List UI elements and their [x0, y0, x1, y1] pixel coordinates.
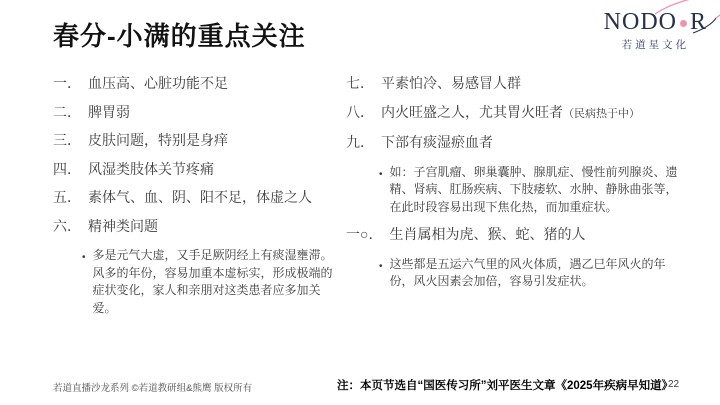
item-text: 下部有痰湿瘀血者 [381, 134, 493, 150]
list-item-5: 五．素体气、血、阴、阳不足，体虚之人 [53, 190, 345, 205]
list-item-10: 一○．生肖属相为虎、猴、蛇、猪的人 [346, 227, 708, 242]
slide: 春分-小满的重点关注 NODO R 若道星文化 一．血压高、心脏功能不足 二．脾… [0, 0, 720, 405]
item-number: 一． [53, 75, 81, 91]
item-text: 生肖属相为虎、猴、蛇、猪的人 [389, 226, 585, 242]
source-note: 注：本页节选自“国医传习所”刘平医生文章《2025年疾病早知道》 [337, 377, 673, 393]
item-number: 二． [53, 104, 81, 120]
item-text: 皮肤问题，特别是身痒 [88, 132, 228, 148]
list-item-8: 八．内火旺盛之人，尤其胃火旺者（民病热于中） [346, 105, 708, 122]
item-number: 一○． [346, 226, 382, 242]
logo-subtitle: 若道星文化 [604, 37, 707, 52]
item-text: 素体气、血、阴、阳不足，体虚之人 [88, 189, 312, 205]
sub-bullet-text: 多是元气大虚，又手足厥阴经上有痰湿壅滞。风多的年份，容易加重本虚标实，形成极端的… [93, 247, 343, 317]
item-number: 九． [346, 134, 374, 150]
left-column: 一．血压高、心脏功能不足 二．脾胃弱 三．皮肤问题，特别是身痒 四．风湿类肢体关… [53, 76, 345, 328]
list-item-3: 三．皮肤问题，特别是身痒 [53, 133, 345, 148]
list-item-6: 六．精神类问题 [53, 219, 345, 234]
logo-wordmark-right: R [690, 10, 707, 34]
item-note: （民病热于中） [563, 108, 640, 120]
page-title: 春分-小满的重点关注 [53, 16, 306, 53]
item-number: 五． [53, 189, 81, 205]
list-item-2: 二．脾胃弱 [53, 105, 345, 120]
bullet-icon: • [379, 166, 383, 217]
bullet-icon: • [379, 258, 383, 291]
copyright-text: 若道直播沙龙系列 ©若道教研组&熊鹰 版权所有 [53, 380, 252, 394]
item-number: 四． [53, 161, 81, 177]
item-text: 精神类问题 [88, 218, 158, 234]
logo-wordmark-left: NODO [604, 10, 677, 34]
item-text: 脾胃弱 [88, 104, 130, 120]
right-column: 七．平素怕冷、易感冒人群 八．内火旺盛之人，尤其胃火旺者（民病热于中） 九．下部… [346, 76, 708, 302]
page-number: 22 [668, 379, 679, 390]
logo-wordmark: NODO R [604, 10, 707, 34]
item-text: 血压高、心脏功能不足 [88, 75, 228, 91]
list-item-7: 七．平素怕冷、易感冒人群 [346, 76, 708, 91]
sub-bullet-text: 这些都是五运六气里的风火体质，遇乙巳年风火的年份，风火因素会加倍，容易引发症状。 [390, 256, 682, 291]
item-number: 六． [53, 218, 81, 234]
item-number: 七． [346, 75, 374, 91]
bullet-icon: • [82, 249, 86, 317]
list-item-1: 一．血压高、心脏功能不足 [53, 76, 345, 91]
sub-bullet-item-6: • 多是元气大虚，又手足厥阴经上有痰湿壅滞。风多的年份，容易加重本虚标实，形成极… [82, 247, 345, 317]
item-text: 平素怕冷、易感冒人群 [381, 75, 521, 91]
list-item-4: 四．风湿类肢体关节疼痛 [53, 162, 345, 177]
logo-planet-dot-icon [680, 20, 687, 27]
item-number: 三． [53, 132, 81, 148]
sub-bullet-item-10: • 这些都是五运六气里的风火体质，遇乙巳年风火的年份，风火因素会加倍，容易引发症… [379, 256, 708, 291]
sub-bullet-text: 如：子宫肌瘤、卵巢囊肿、腺肌症、慢性前列腺炎、遗精、肾病、肛肠疾病、下肢痿软、水… [390, 164, 682, 217]
list-item-9: 九．下部有痰湿瘀血者 [346, 135, 708, 150]
brand-logo: NODO R 若道星文化 [604, 10, 707, 52]
item-text: 内火旺盛之人，尤其胃火旺者 [381, 104, 563, 120]
sub-bullet-item-9: • 如：子宫肌瘤、卵巢囊肿、腺肌症、慢性前列腺炎、遗精、肾病、肛肠疾病、下肢痿软… [379, 164, 708, 217]
item-text: 风湿类肢体关节疼痛 [88, 161, 214, 177]
item-number: 八． [346, 104, 374, 120]
